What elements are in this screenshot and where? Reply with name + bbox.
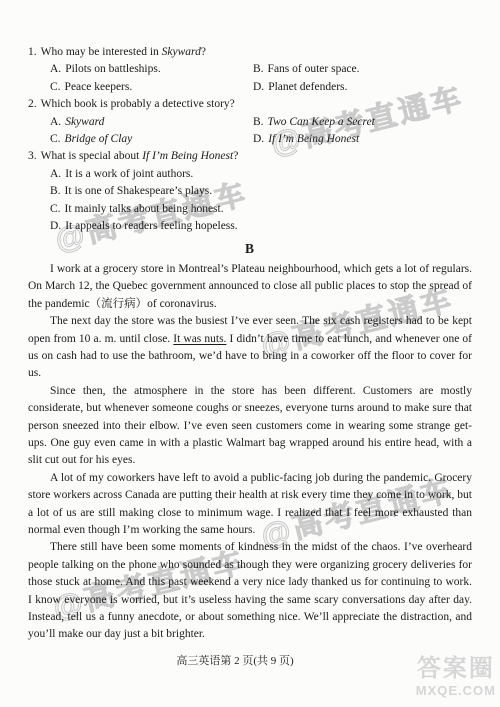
option-letter: C. <box>50 133 61 145</box>
paragraph-2-underlined-phrase: It was nuts. <box>173 333 226 345</box>
question-1-options-row-1: A.Pilots on battleships. B.Fans of outer… <box>28 61 472 78</box>
question-2-option-b: B.Two Can Keep a Secret <box>253 114 472 131</box>
page-content: 1.Who may be interested in Skyward? A.Pi… <box>28 44 472 644</box>
question-1-option-b: B.Fans of outer space. <box>253 61 472 78</box>
passage-paragraph-5: There still have been some moments of ki… <box>28 539 472 643</box>
question-1-option-c: C.Peace keepers. <box>50 79 253 96</box>
question-3-option-d: D.It appeals to readers feeling hopeless… <box>28 218 472 235</box>
question-2-options-row-1: A.Skyward B.Two Can Keep a Secret <box>28 114 472 131</box>
question-2-options-row-2: C.Bridge of Clay D.If I’m Being Honest <box>28 131 472 148</box>
option-text: It is a work of joint authors. <box>65 168 193 180</box>
answer-site-logo-url: MXQE.COM <box>416 684 496 699</box>
book-title: Two Can Keep a Secret <box>268 116 375 128</box>
page-footer: 高三英语第 2 页(共 9 页) <box>0 652 470 668</box>
question-1-option-a: A.Pilots on battleships. <box>50 61 253 78</box>
passage-paragraph-3: Since then, the atmosphere in the store … <box>28 383 472 470</box>
question-1-stem: 1.Who may be interested in Skyward? <box>28 44 472 61</box>
question-1-number: 1. <box>28 46 37 58</box>
option-text: It is one of Shakespeare’s plays. <box>65 185 213 197</box>
option-letter: A. <box>50 116 61 128</box>
option-letter: C. <box>50 81 61 93</box>
question-2-option-d: D.If I’m Being Honest <box>253 131 472 148</box>
book-title: Bridge of Clay <box>65 133 133 145</box>
option-text: It mainly talks about being honest. <box>65 203 224 215</box>
question-3-option-c: C.It mainly talks about being honest. <box>28 201 472 218</box>
question-2-stem: 2.Which book is probably a detective sto… <box>28 96 472 113</box>
passage-paragraph-4: A lot of my coworkers have left to avoid… <box>28 470 472 540</box>
question-3-stem-suffix: ? <box>233 150 238 162</box>
option-letter: D. <box>253 133 264 145</box>
option-letter: D. <box>253 81 264 93</box>
passage-paragraph-2: The next day the store was the busiest I… <box>28 313 472 383</box>
question-1-stem-title: Skyward <box>162 46 201 58</box>
question-2-option-c: C.Bridge of Clay <box>50 131 253 148</box>
section-b-label: B <box>28 240 472 257</box>
question-1: 1.Who may be interested in Skyward? A.Pi… <box>28 44 472 96</box>
question-1-options-row-2: C.Peace keepers. D.Planet defenders. <box>28 79 472 96</box>
option-text: Pilots on battleships. <box>65 63 161 75</box>
question-3-option-b: B.It is one of Shakespeare’s plays. <box>28 183 472 200</box>
book-title: Skyward <box>65 116 104 128</box>
option-text: It appeals to readers feeling hopeless. <box>65 220 237 232</box>
option-letter: B. <box>253 63 264 75</box>
option-letter: B. <box>50 185 61 197</box>
question-3-option-a: A.It is a work of joint authors. <box>28 166 472 183</box>
option-letter: A. <box>50 168 61 180</box>
question-2-number: 2. <box>28 98 37 110</box>
passage-paragraph-1: I work at a grocery store in Montreal’s … <box>28 261 472 313</box>
option-text: Peace keepers. <box>65 81 133 93</box>
option-text: Planet defenders. <box>268 81 347 93</box>
option-letter: B. <box>253 116 264 128</box>
question-3-stem-text: What is special about <box>41 150 143 162</box>
book-title: If I’m Being Honest <box>268 133 359 145</box>
question-1-stem-text: Who may be interested in <box>41 46 162 58</box>
question-3-stem-title: If I’m Being Honest <box>142 150 233 162</box>
question-3-number: 3. <box>28 150 37 162</box>
question-2-option-a: A.Skyward <box>50 114 253 131</box>
option-letter: D. <box>50 220 61 232</box>
question-3-stem: 3.What is special about If I’m Being Hon… <box>28 148 472 165</box>
section-b: B I work at a grocery store in Montreal’… <box>28 240 472 643</box>
option-text: Fans of outer space. <box>268 63 360 75</box>
question-2-stem-text: Which book is probably a detective story… <box>41 98 235 110</box>
question-2: 2.Which book is probably a detective sto… <box>28 96 472 148</box>
exam-page: @高考直通车 @高考直通车 @高考直通车 @高考直通车 @高考直通车 1.Who… <box>0 0 500 707</box>
option-letter: C. <box>50 203 61 215</box>
option-letter: A. <box>50 63 61 75</box>
question-1-stem-suffix: ? <box>201 46 206 58</box>
question-1-option-d: D.Planet defenders. <box>253 79 472 96</box>
question-3: 3.What is special about If I’m Being Hon… <box>28 148 472 235</box>
